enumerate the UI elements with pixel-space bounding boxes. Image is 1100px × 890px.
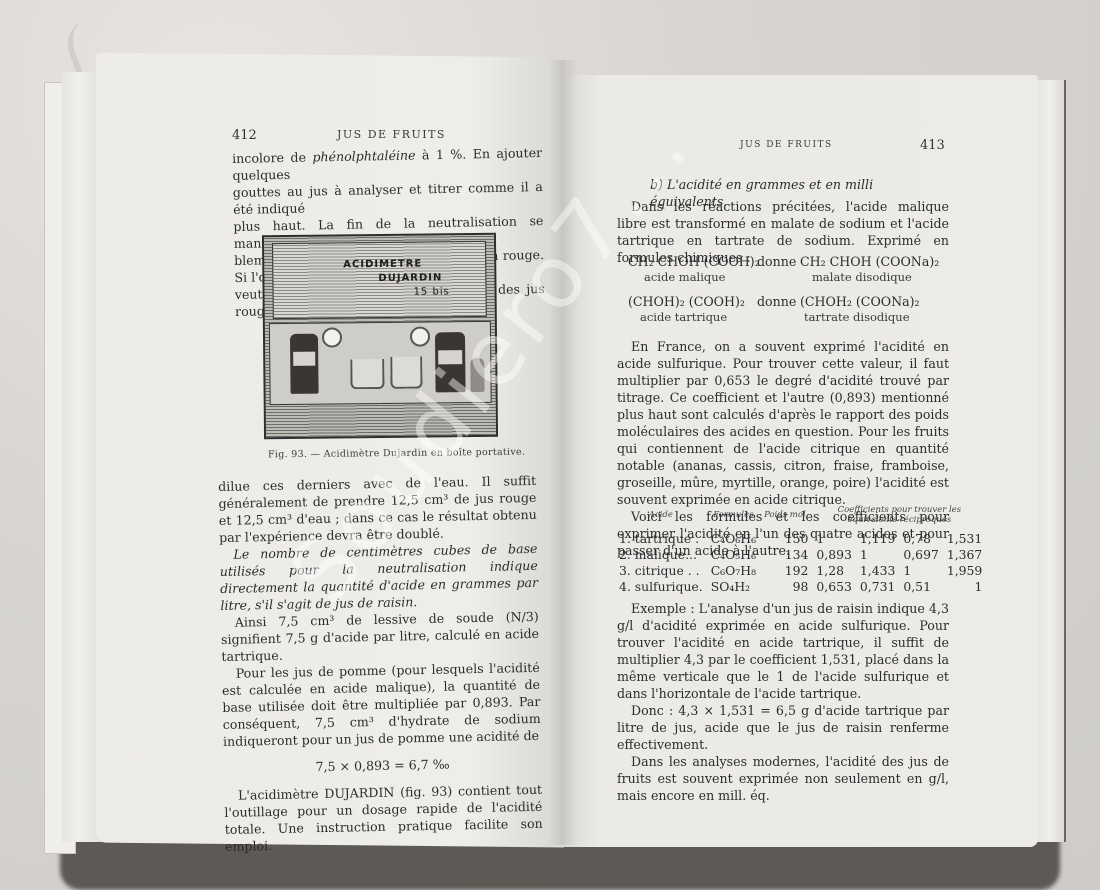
reaction-reactant: (CHOH)₂ (COOH)₂ [628, 294, 745, 309]
column-header: Formules [707, 505, 760, 531]
paragraph: Pour les jus de pomme (pour lesquels l'a… [222, 659, 542, 750]
reaction-product: (CHOH₂ (COONa)₂ [800, 294, 920, 309]
example-section: Exemple : L'analyse d'un jus de raisin i… [617, 600, 949, 804]
paragraph-exemple: Exemple : L'analyse d'un jus de raisin i… [617, 600, 949, 702]
reaction-reactant: CH₂ CHOH (COOH)₂ [628, 254, 760, 269]
column-header: Acide [615, 505, 707, 531]
dial-icon [410, 326, 430, 346]
figure-label-3: 15 bis [413, 286, 449, 297]
dial-icon [322, 327, 342, 347]
left-running-head: JUS DE FRUITS [337, 128, 446, 141]
table-row: 4. sulfurique.SO₄H₂98 0,6530,7310,511 [615, 579, 986, 595]
figure-lid: ACIDIMETRE DUJARDIN 15 bis [272, 241, 487, 319]
reaction-product-name: malate disodique [812, 270, 912, 284]
table-row: 2. malique...C₄O₅H₆134 0,89310,6971,367 [615, 547, 986, 563]
reaction-product-name: tartrate disodique [804, 310, 910, 324]
paragraph: L'acidimètre DUJARDIN (fig. 93) contient… [224, 781, 543, 855]
equation: 7,5 × 0,893 = 6,7 ‰ [223, 754, 541, 777]
page-stack-right [1036, 80, 1066, 842]
table-row: 3. citrique . .C₆O₇H₈192 1,281,43311,959 [615, 563, 986, 579]
reaction-reactant-name: acide tartrique [640, 310, 727, 324]
column-header: Poids mol. [760, 505, 812, 531]
column-header: Coefficients pour trouver les équivalent… [812, 505, 986, 531]
paragraph-modern: Dans les analyses modernes, l'acidité de… [617, 753, 949, 804]
right-running-head: JUS DE FRUITS [740, 140, 833, 150]
figure-label-1: ACIDIMETRE [343, 259, 422, 271]
figure-label-2: DUJARDIN [378, 272, 442, 284]
beaker-icon [350, 359, 384, 389]
paragraph: Ainsi 7,5 cm³ de lessive de soude (N/3) … [221, 608, 540, 665]
acid-coefficients-table: Acide Formules Poids mol. Coefficients p… [615, 505, 986, 595]
paragraph-donc: Donc : 4,3 × 1,531 = 6,5 g d'acide tartr… [617, 702, 949, 753]
left-page-number: 412 [232, 128, 257, 143]
right-page-number: 413 [920, 138, 945, 153]
reaction-product: CH₂ CHOH (COONa)₂ [800, 254, 939, 269]
reaction-verb: donne [757, 294, 796, 309]
bottle-icon [290, 334, 319, 394]
reaction-verb: donne [757, 254, 796, 269]
table-row: 1. tartrique .C₄O₆H₆150 11,1190,781,531 [615, 531, 986, 547]
reaction-reactant-name: acide malique [644, 270, 726, 284]
